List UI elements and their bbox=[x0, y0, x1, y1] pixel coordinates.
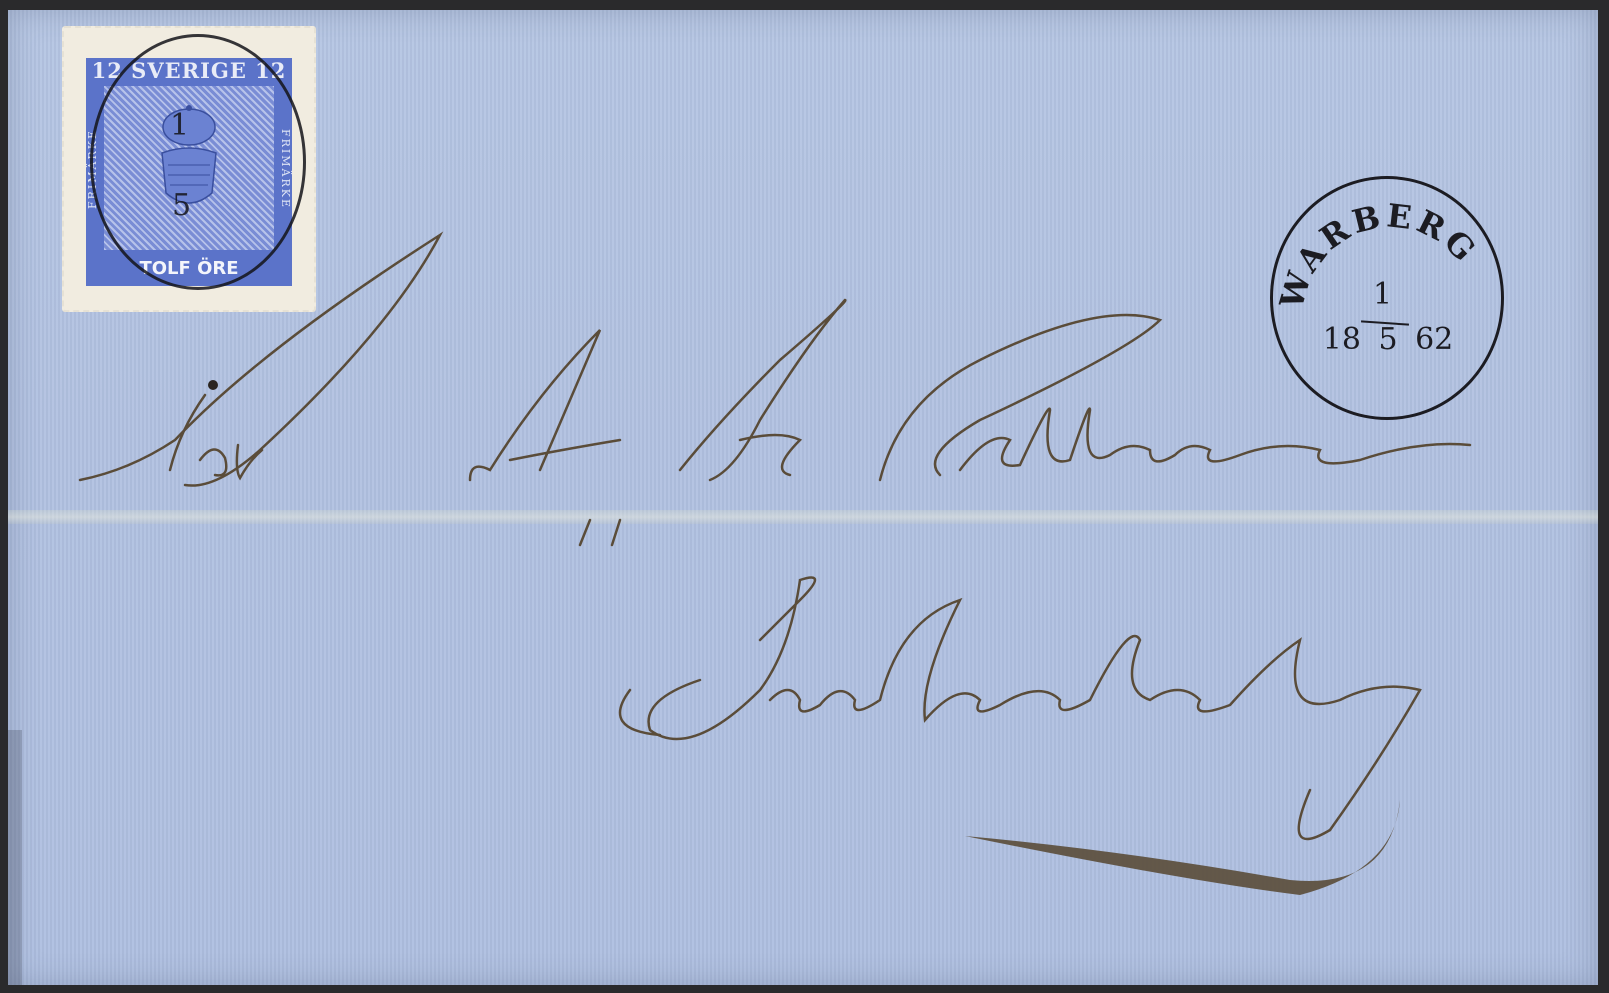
stamp-cancellation bbox=[90, 34, 306, 290]
postage-stamp: 12 SVERIGE 12 FRIMÄRKE FRIMÄRKE TOLF ÖRE… bbox=[62, 26, 316, 312]
postmark: WARBERG 1 18 5 62 bbox=[1270, 176, 1504, 420]
flap-edge bbox=[8, 730, 22, 985]
fold-line bbox=[8, 510, 1598, 524]
stamp-cancel-day: 1 bbox=[170, 108, 189, 143]
stamp-cancel-month: 5 bbox=[172, 188, 191, 223]
postmark-date: 18 5 62 bbox=[1303, 322, 1473, 357]
postmark-day: 1 bbox=[1373, 277, 1392, 312]
